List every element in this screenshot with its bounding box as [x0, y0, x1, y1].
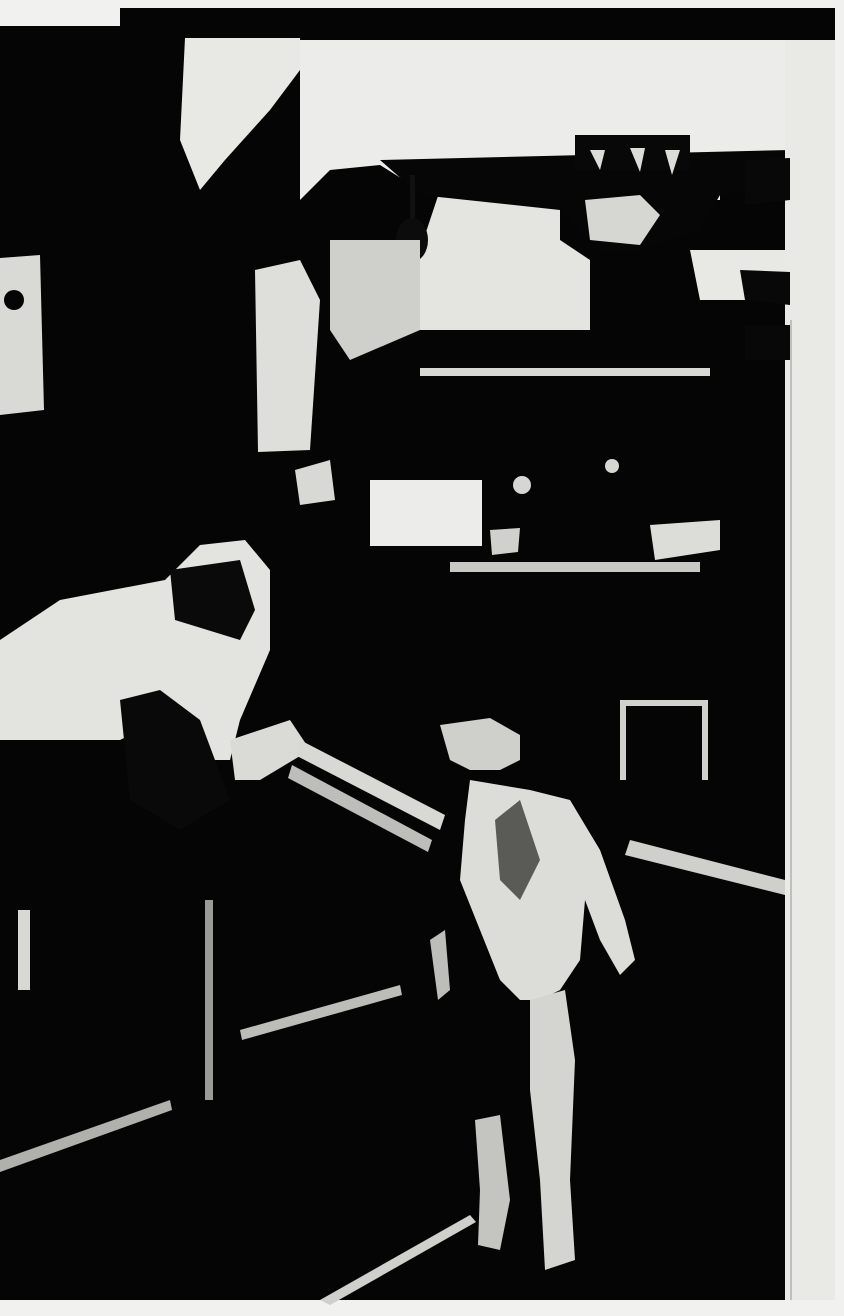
left-wall-light	[0, 255, 44, 415]
lamp-cord	[410, 175, 415, 220]
frame-post-2	[702, 700, 708, 780]
light-dot-2	[605, 459, 619, 473]
bench-leg	[205, 900, 213, 1100]
right-column-notch-1	[745, 158, 790, 205]
light-patch-a	[490, 528, 520, 555]
photo-canvas	[0, 0, 844, 1316]
rail-middle	[450, 562, 700, 572]
light-dot-1	[513, 476, 531, 494]
frame-top	[620, 700, 708, 706]
scene	[0, 8, 835, 1305]
right-column-edge	[790, 320, 792, 1300]
right-column-light	[785, 40, 835, 1300]
left-light-bar	[18, 910, 30, 990]
left-wall-hole	[4, 290, 24, 310]
right-column-notch-3	[745, 325, 790, 360]
photograph	[0, 0, 844, 1316]
rail-upper	[420, 368, 710, 376]
panel-light	[370, 480, 482, 546]
frame-post-1	[620, 700, 626, 780]
right-column-notch-2	[740, 270, 790, 305]
column-light	[255, 260, 320, 452]
